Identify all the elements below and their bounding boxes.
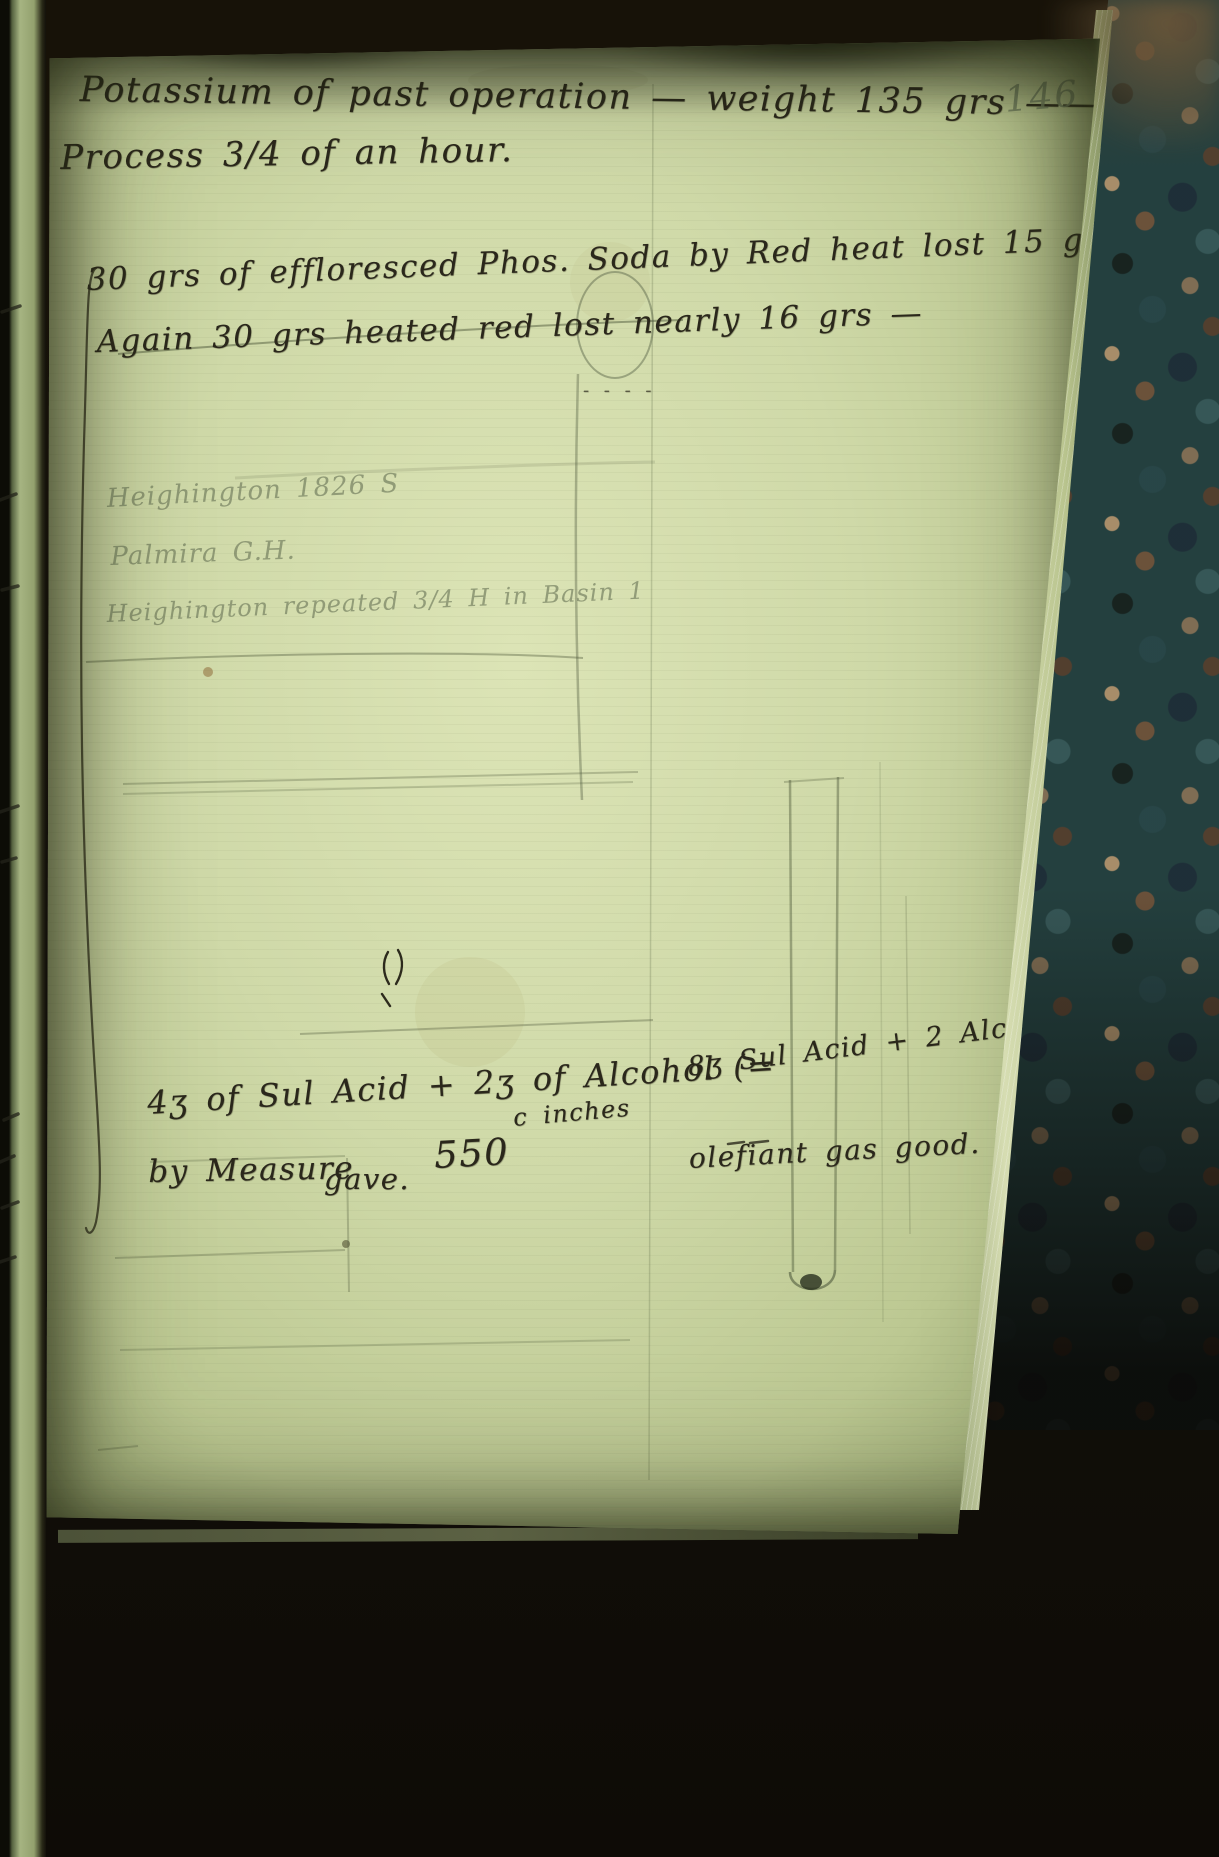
page-shading xyxy=(38,22,1100,1537)
cut-off-text-fragments xyxy=(0,0,46,1857)
facing-page-sliver xyxy=(0,0,46,1857)
manuscript-page: Potassium of past operation — weight 135… xyxy=(38,22,1100,1537)
notebook-photograph: Potassium of past operation — weight 135… xyxy=(0,0,1219,1857)
